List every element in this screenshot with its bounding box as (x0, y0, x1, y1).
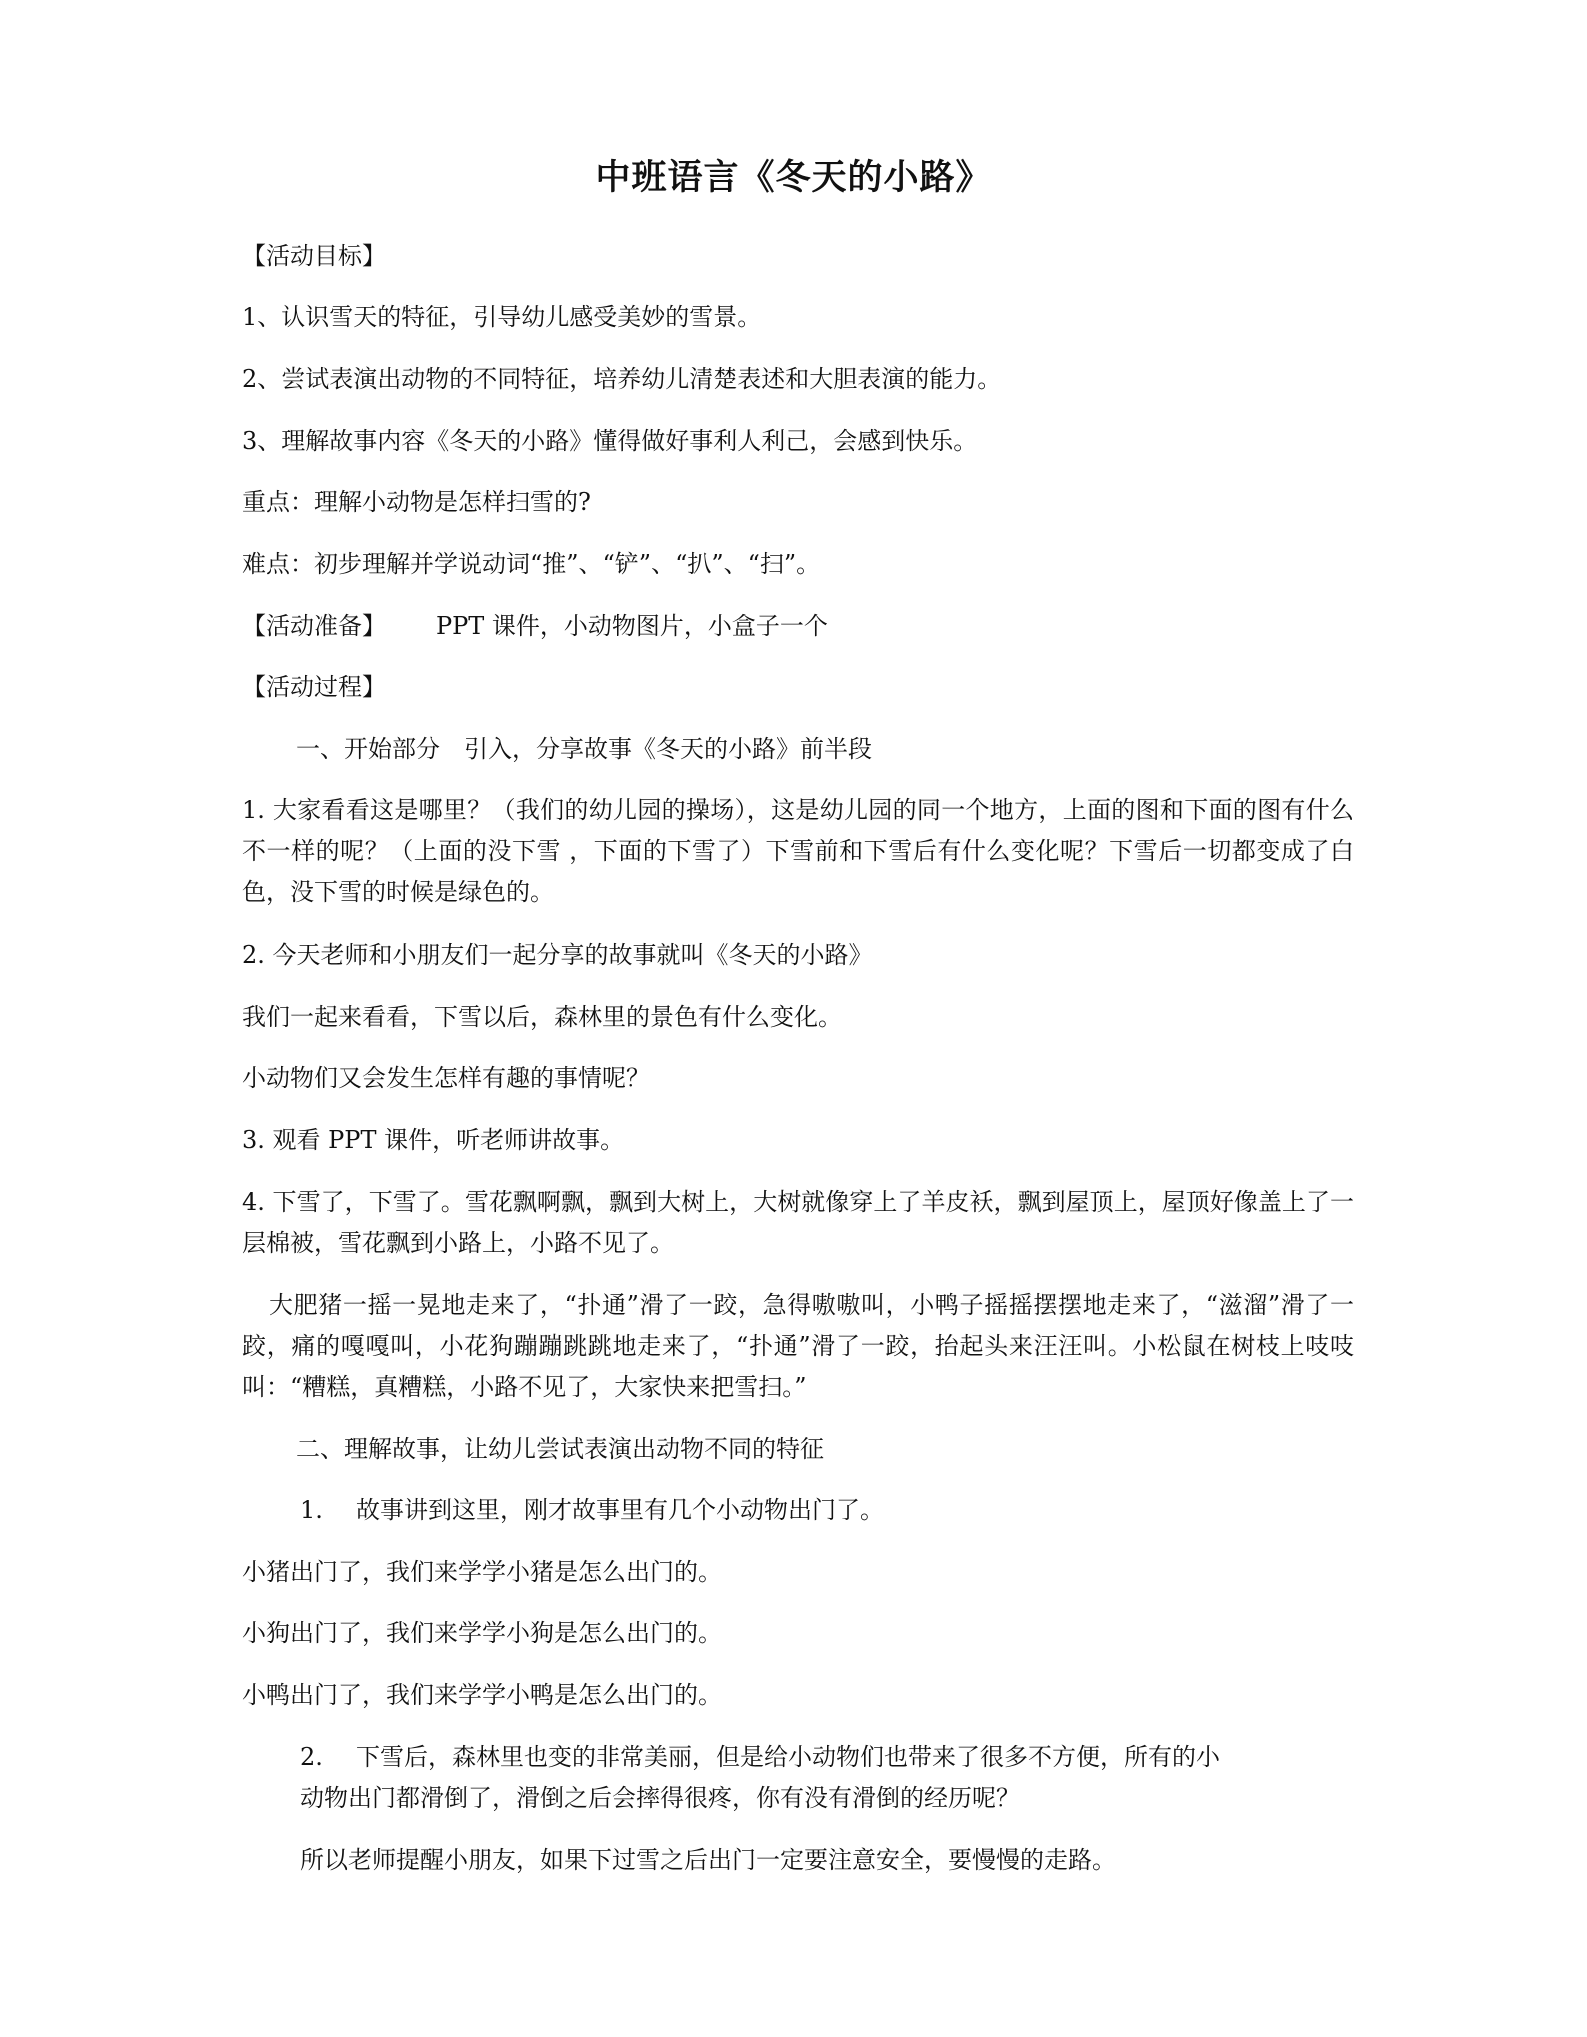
goal-item-1: 1、认识雪天的特征，引导幼儿感受美妙的雪景。 (242, 297, 1354, 338)
part1-step-2-sub-2: 小动物们又会发生怎样有趣的事情呢？ (242, 1058, 1354, 1099)
part1-step-2: 2. 今天老师和小朋友们一起分享的故事就叫《冬天的小路》 (242, 935, 1354, 976)
part2-item-1: 1.故事讲到这里，刚才故事里有几个小动物出门了。 (300, 1490, 1412, 1531)
part1-step-4: 4. 下雪了，下雪了。雪花飘啊飘，飘到大树上，大树就像穿上了羊皮袄，飘到屋顶上，… (242, 1182, 1354, 1264)
goals-heading: 【活动目标】 (242, 236, 1354, 277)
document-page: 中班语言《冬天的小路》 【活动目标】 1、认识雪天的特征，引导幼儿感受美妙的雪景… (0, 0, 1587, 2037)
preparation-row: 【活动准备】PPT 课件，小动物图片，小盒子一个 (242, 606, 1354, 647)
part2-item-2-line-1: 下雪后，森林里也变的非常美丽，但是给小动物们也带来了很多不方便，所有的小 (356, 1743, 1220, 1771)
part1-step-1: 1. 大家看看这是哪里？（我们的幼儿园的操场），这是幼儿园的同一个地方，上面的图… (242, 790, 1354, 915)
part1-heading: 一、开始部分 引入，分享故事《冬天的小路》前半段 (296, 729, 1408, 770)
animal-dog: 小狗出门了，我们来学学小狗是怎么出门的。 (242, 1613, 1354, 1654)
difficulty-point: 难点：初步理解并学说动词“推”、“铲”、“扒”、“扫”。 (242, 544, 1354, 585)
preparation-heading: 【活动准备】 (242, 612, 386, 640)
preparation-content: PPT 课件，小动物图片，小盒子一个 (436, 612, 828, 640)
story-paragraph: 大肥猪一摇一晃地走来了，“扑通”滑了一跤，急得嗷嗷叫，小鸭子摇摇摆摆地走来了，“… (242, 1285, 1354, 1410)
document-title: 中班语言《冬天的小路》 (0, 152, 1587, 204)
part2-item-2-continued: 动物出门都滑倒了，滑倒之后会摔得很疼，你有没有滑倒的经历呢？ (300, 1778, 1412, 1819)
part1-step-2-sub-1: 我们一起来看看，下雪以后，森林里的景色有什么变化。 (242, 997, 1354, 1038)
part1-step-3: 3. 观看 PPT 课件，听老师讲故事。 (242, 1120, 1354, 1161)
part2-item-1-number: 1. (300, 1490, 356, 1531)
process-heading: 【活动过程】 (242, 667, 1354, 708)
animal-duck: 小鸭出门了，我们来学学小鸭是怎么出门的。 (242, 1675, 1354, 1716)
part2-item-2: 2.下雪后，森林里也变的非常美丽，但是给小动物们也带来了很多不方便，所有的小 (300, 1737, 1354, 1778)
part2-heading: 二、理解故事，让幼儿尝试表演出动物不同的特征 (296, 1429, 1408, 1470)
part2-item-1-text: 故事讲到这里，刚才故事里有几个小动物出门了。 (356, 1496, 884, 1524)
goal-item-2: 2、尝试表演出动物的不同特征，培养幼儿清楚表述和大胆表演的能力。 (242, 359, 1354, 400)
animal-pig: 小猪出门了，我们来学学小猪是怎么出门的。 (242, 1552, 1354, 1593)
goal-item-3: 3、理解故事内容《冬天的小路》懂得做好事利人利己，会感到快乐。 (242, 421, 1354, 462)
part2-item-2-number: 2. (300, 1737, 356, 1778)
key-point: 重点：理解小动物是怎样扫雪的? (242, 482, 1354, 523)
safety-reminder: 所以老师提醒小朋友，如果下过雪之后出门一定要注意安全，要慢慢的走路。 (300, 1840, 1412, 1881)
